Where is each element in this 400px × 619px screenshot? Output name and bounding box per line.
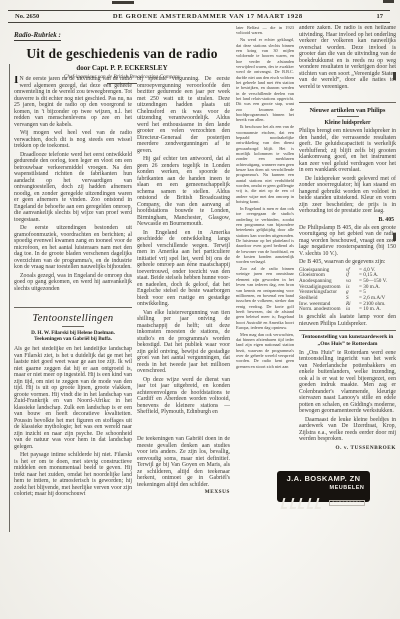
paragraph: De Philipslamp B 405, die als een groote…	[299, 225, 396, 258]
article-title: Uit de geschiedenis van de radio	[14, 46, 230, 62]
paragraph: De teekeningen van Gabriël doen in de me…	[137, 436, 230, 488]
paragraph: Zoo zal de radio binnen weinige jaren ee…	[236, 266, 294, 330]
rotterdam-heading-line1: Tentoonstelling van kunstaardewerk in	[299, 334, 396, 340]
spec-row: Norm. anodestroomia= 10 m. A.	[299, 307, 396, 313]
column-4: andere zaken. De radio is een heilzame u…	[299, 25, 396, 451]
paragraph: Draadlooze telefonie werd het eerst ontw…	[14, 152, 132, 224]
paragraph: IN de eerste jaren na de uitvinding van …	[14, 76, 132, 128]
ad-tagline-label: ONTWERPEN	[329, 500, 365, 506]
rotterdam-heading-line2: „Ons Huis” te Rotterdam	[299, 341, 396, 347]
philips-section-title: Nieuwe artikelen van Philips	[299, 107, 396, 114]
paragraph: andere zaken. De radio is een heilzame u…	[299, 25, 396, 90]
radio-text-col1: IN de eerste jaren na de uitvinding van …	[14, 76, 132, 304]
boskamp-advertisement: J.A. BOSKAMP. ZN MEUBELEN ONTWERPEN	[277, 471, 370, 502]
paragraph: Zooals gezegd, was in Engeland de omroep…	[14, 273, 132, 293]
specs-intro: De B 405, waarvan de gegevens zijn:	[299, 259, 396, 266]
paragraph: Daarnaast de leuke kleine beeldjes in aa…	[299, 417, 396, 443]
article-byline: door Capt. P. P. ECKERSLEY	[14, 64, 230, 72]
paragraph: De luidspreker wordt geleverd met of zon…	[299, 176, 396, 215]
specs-outro: is geschikt als laatste lamp voor den ni…	[299, 314, 396, 327]
rotterdam-heading: Tentoonstelling van kunstaardewerk in „O…	[299, 334, 396, 347]
exhibitions-section-title: Tentoonstellingen	[14, 313, 132, 324]
section-divider	[14, 307, 132, 308]
paragraph: Het paysage intime schilderde hij niet. …	[14, 452, 132, 498]
chair-silhouette-icons	[282, 498, 322, 509]
radio-text-col2: bij speciale vergunning. De eerste omroe…	[137, 76, 230, 436]
paragraph: Ik beschouw het als een van de voornaams…	[236, 124, 294, 204]
exhibition-text-col2: De teekeningen van Gabriël doen in de me…	[137, 436, 230, 488]
rotterdam-signature: O. v. TUSSENBROEK	[299, 445, 396, 451]
newspaper-page: No. 2650 DE GROENE AMSTERDAMMER VAN 17 M…	[0, 0, 400, 619]
paragraph: Hij gaf echter ten antwoord, dat al geen…	[137, 156, 230, 228]
page-number: 17	[376, 13, 383, 20]
chair-icon	[298, 498, 307, 509]
mini-rule	[62, 326, 84, 327]
spec-label: Norm. anodestroom	[299, 307, 346, 313]
spec-value: = 10 m. A.	[359, 307, 396, 313]
mini-rule	[337, 116, 359, 117]
paragraph: De eerste uitzendingen bestonden uit gra…	[14, 225, 132, 271]
paragraph: later Belfast — die in 1923 voltooid war…	[236, 25, 294, 36]
paragraph: Wij mogen wel heel veel van de radio ver…	[14, 130, 132, 150]
ad-content-row: MEUBELEN ONTWERPEN	[280, 485, 367, 509]
masthead: No. 2650 DE GROENE AMSTERDAMMER VAN 17 M…	[8, 10, 390, 23]
paragraph: In Engeland is men er dan ook toe overge…	[236, 206, 294, 265]
issue-number: No. 2650	[15, 13, 39, 20]
paragraph: Nu werd er echter geklaagd, dat deze sta…	[236, 37, 294, 123]
valve-spec-table: Gloeispanningvf= 4,0 V. Gloeistroomif= 0…	[299, 268, 396, 314]
chair-icon	[289, 498, 298, 509]
advertiser-name: J.A. BOSKAMP. ZN	[280, 474, 367, 483]
chair-icon	[315, 498, 324, 509]
section-divider	[299, 102, 396, 103]
column-2: bij speciale vergunning. De eerste omroe…	[137, 76, 230, 495]
paragraph: In Engeland en in Amerika geschiedde de …	[137, 230, 230, 308]
chair-icon	[306, 498, 315, 509]
spec-symbol: ia	[346, 307, 359, 313]
ad-text-block: MEUBELEN ONTWERPEN	[329, 485, 365, 509]
paragraph: Als ge het stedelijke en het landelijke …	[14, 346, 132, 450]
rubric-label: Radio-Rubriek :	[14, 31, 61, 41]
newspaper-title: DE GROENE AMSTERDAMMER VAN 17 MAART 1928	[113, 13, 303, 20]
scan-artifact-top	[112, 1, 134, 4]
paragraph: Op deze wijze werd de dienst van jaar to…	[137, 377, 230, 416]
column-3: later Belfast — die in 1923 voltooid war…	[236, 25, 294, 465]
paragraph: bij speciale vergunning. De eerste omroe…	[137, 76, 230, 154]
exhibition-review-signature: MEXSUS	[137, 489, 230, 495]
paragraph: Men mag dan ook verwachten, dat binnen a…	[236, 332, 294, 369]
exhibition-text-col1: Als ge het stedelijke en het landelijke …	[14, 346, 132, 522]
exhibition-heading: D. H. W. Filarski bij Helene Daelman. Te…	[14, 330, 132, 342]
philips-subheading-speaker: Kleine luidspreker	[299, 120, 396, 126]
philips-subheading-valve: B. 405	[299, 217, 394, 223]
scan-artifact-top-right	[383, 0, 394, 3]
ad-product-label: MEUBELEN	[329, 485, 365, 491]
radio-text-col4: andere zaken. De radio is een heilzame u…	[299, 25, 396, 99]
exhibition-heading-line2: Teekeningen van Gabriël bij Buffa.	[14, 336, 132, 342]
paragraph: Philips brengt een nieuwen luidspreker i…	[299, 128, 396, 174]
section-divider	[299, 330, 396, 331]
paragraph: In „Ons Huis” te Rotterdam werd eene ten…	[299, 350, 396, 415]
paragraph: Van elke luistervergunning van tien shil…	[137, 310, 230, 375]
column-1: IN de eerste jaren na de uitvinding van …	[14, 76, 132, 522]
scan-artifact-left-rule	[9, 64, 10, 532]
radio-article-header: Radio-Rubriek : Uit de geschiedenis van …	[14, 24, 230, 84]
chair-icon	[281, 498, 290, 509]
